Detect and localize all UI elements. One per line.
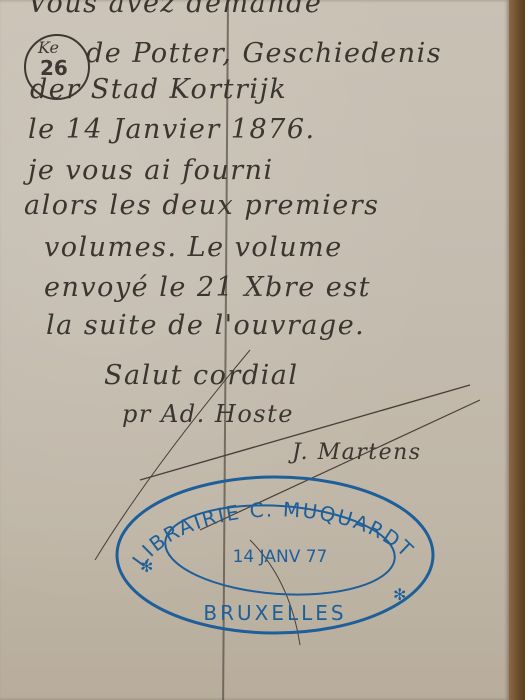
stamp-oval-icon: LIBRAIRIE C. MUQUARDT 14 JANV 77 BRUXELL… [110,470,440,640]
circle-mark-abbr: Ke [38,38,59,57]
handwritten-line-7: volumes. Le volume [44,232,343,263]
handwritten-line-3: der Stad Kortrijk [30,74,287,105]
handwritten-line-8: envoyé le 21 Xbre est [44,272,371,303]
handwritten-line-10: Salut cordial [104,360,299,391]
handwritten-line-5: je vous ai fourni [28,155,274,186]
stamp-ornament-right: ✻ [393,585,406,604]
handwritten-line-2: de Potter, Geschiedenis [86,38,442,69]
handwritten-line-9: la suite de l'ouvrage. [46,310,365,341]
stamp-date: 14 JANV 77 [233,547,328,567]
handwritten-line-6: alors les deux premiers [24,190,380,221]
handwritten-line-1: Vous avez demande [28,0,322,19]
letter-paper: Ke 26 Vous avez demande de Potter, Gesch… [0,0,509,700]
bookseller-stamp: LIBRAIRIE C. MUQUARDT 14 JANV 77 BRUXELL… [110,470,440,640]
stamp-ornament-left: ✻ [140,557,153,576]
handwritten-line-4: le 14 Janvier 1876. [28,114,316,145]
signature: J. Martens [292,440,422,465]
stamp-bottom-text: BRUXELLES [203,601,346,625]
handwritten-line-11: pr Ad. Hoste [122,400,294,428]
wooden-table-edge [509,0,525,700]
